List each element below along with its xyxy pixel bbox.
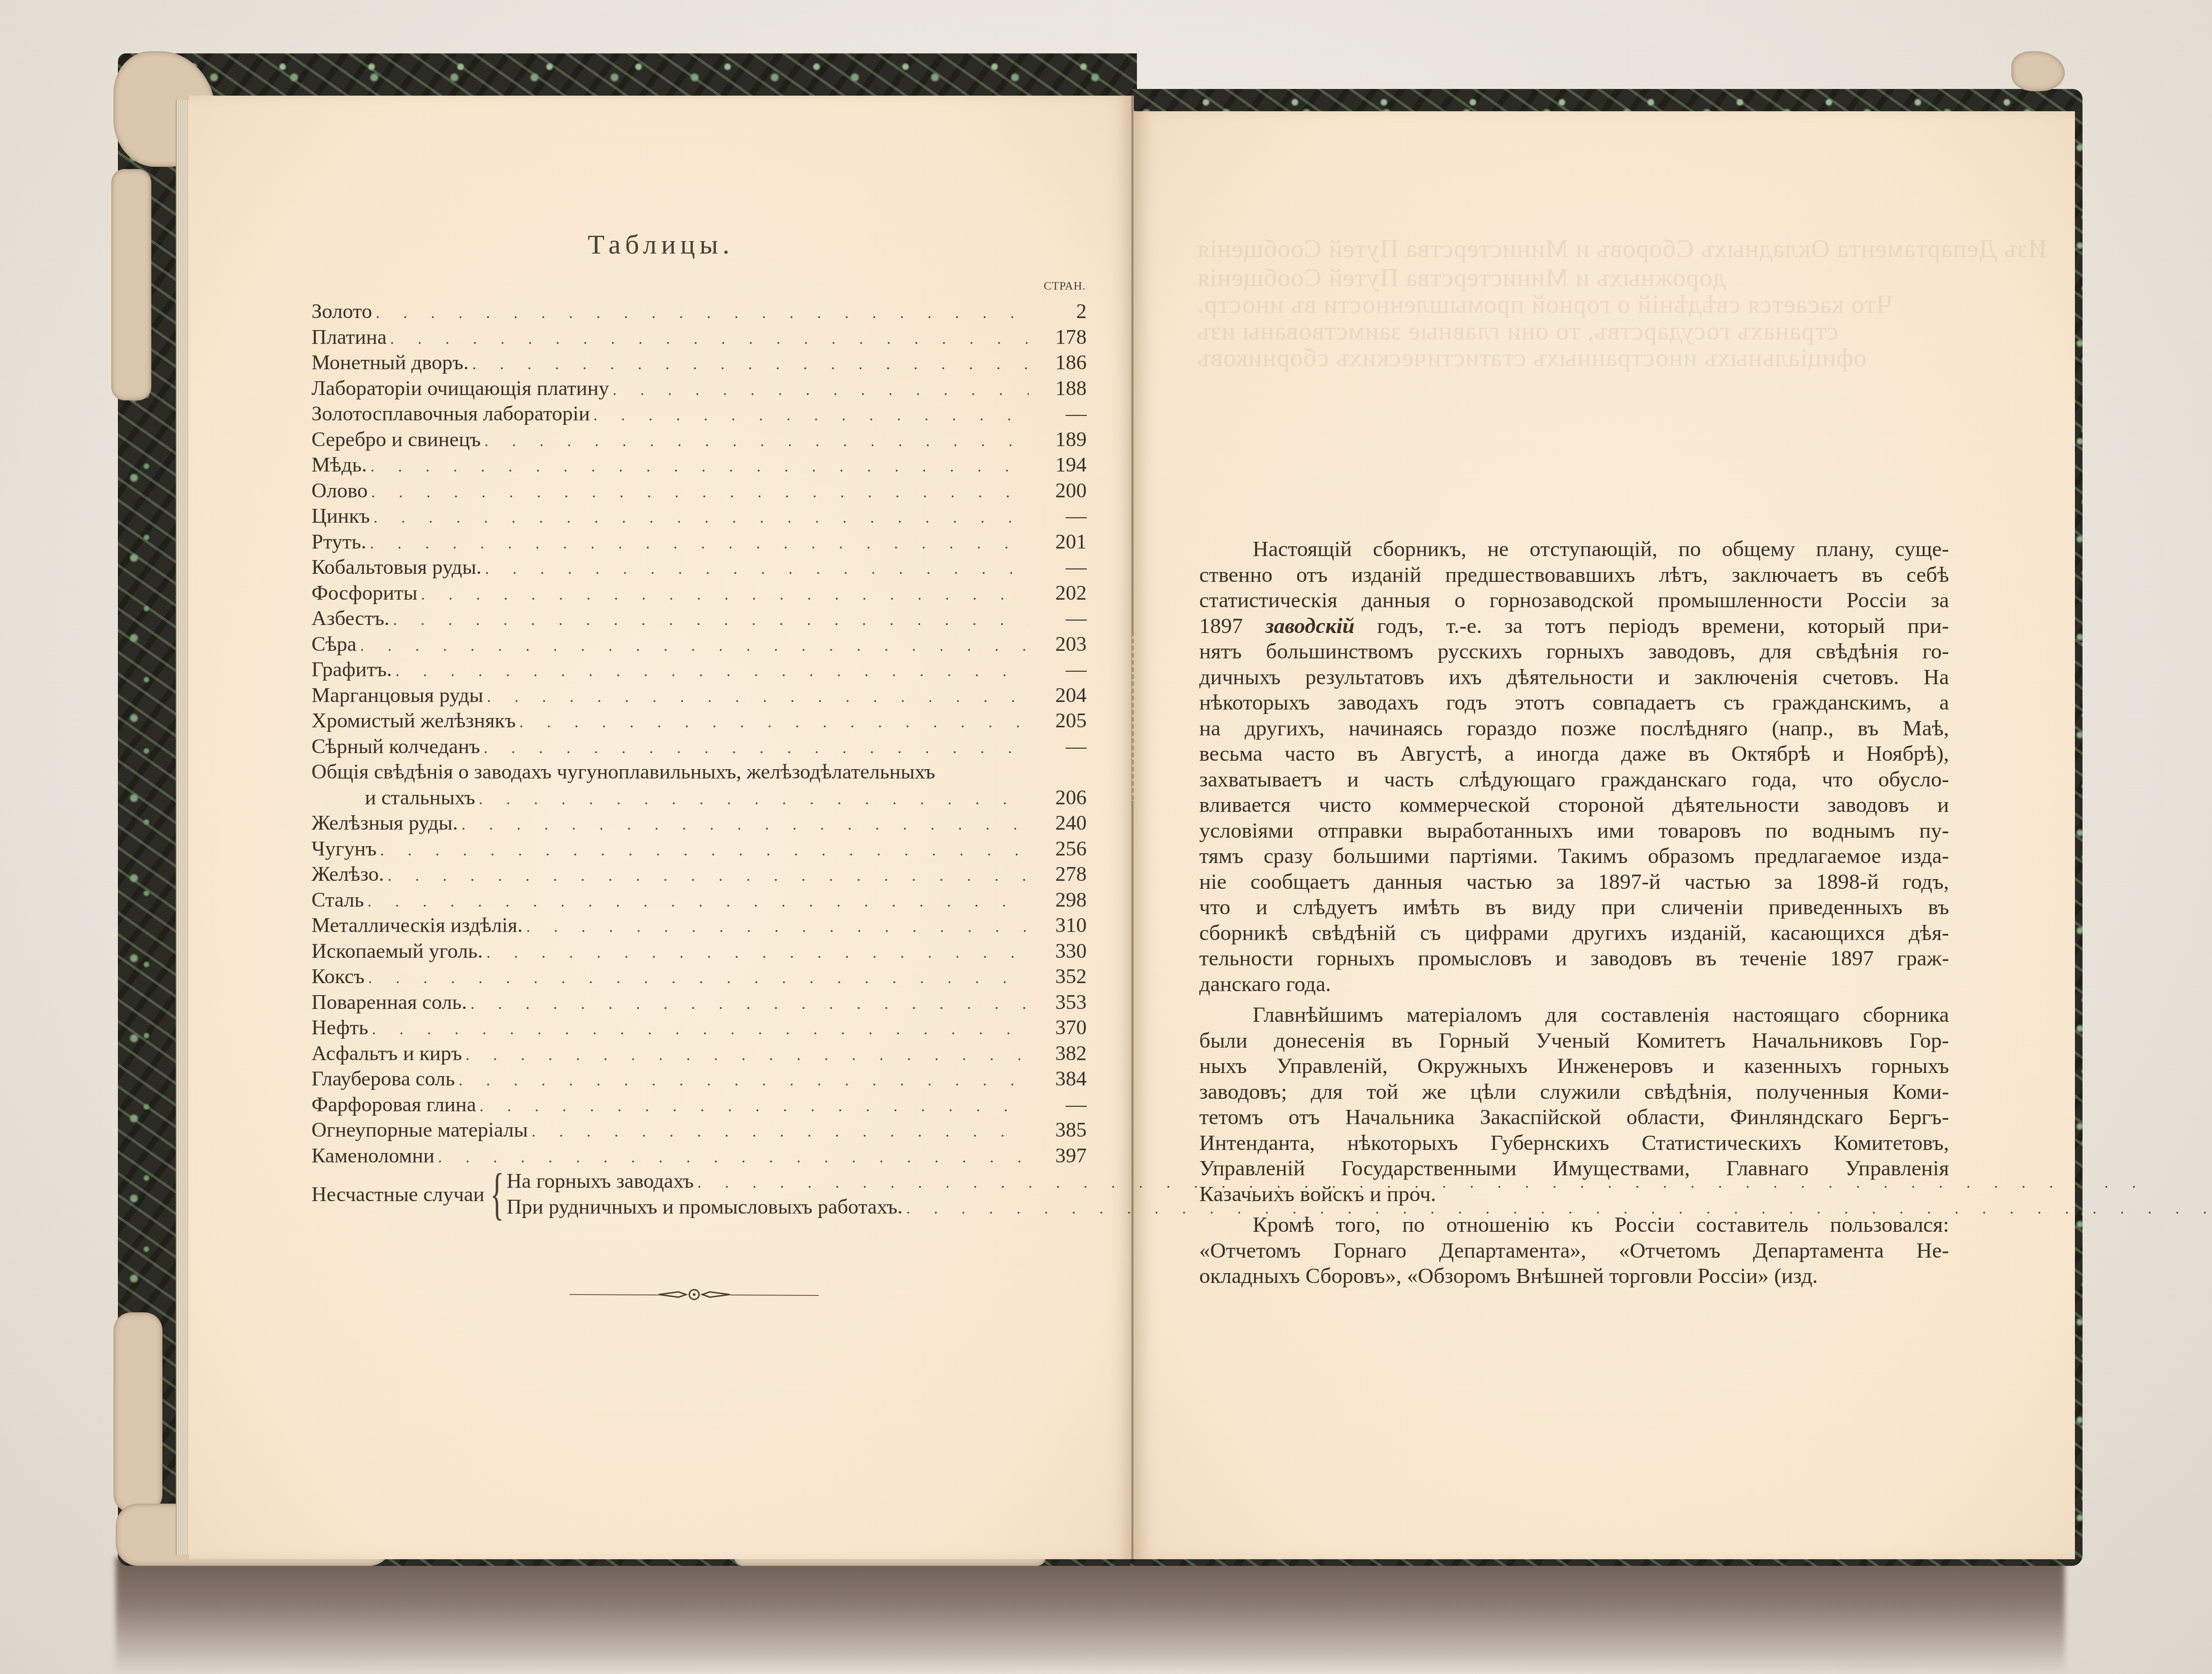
toc-entry-label: Сталь — [311, 887, 368, 913]
toc-entry[interactable]: и стальныхъ206 — [311, 785, 1087, 811]
toc-entry-label: Сѣра — [311, 632, 360, 657]
toc-entry-page: 240 — [1029, 811, 1087, 836]
text-line: условіями отправки выработанныхъ ими тов… — [1199, 818, 1949, 843]
table-of-contents: Золото2 Платина178 Монетный дворъ.186 Ла… — [311, 299, 1087, 1220]
toc-entry-page: — — [1029, 734, 1087, 760]
toc-entry-page: 384 — [1029, 1066, 1087, 1092]
book-gutter — [1131, 96, 1134, 1559]
toc-entry[interactable]: Асфальтъ и киръ382 — [311, 1041, 1087, 1067]
toc-entry-page: — — [1029, 1092, 1087, 1118]
leader-dots — [373, 505, 1029, 531]
text-line: были донесенія въ Горный Ученый Комитетъ… — [1199, 1028, 1949, 1053]
toc-entry[interactable]: Желѣзо.278 — [311, 862, 1087, 887]
leader-dots — [487, 684, 1029, 710]
bleed-through-line: дорожныхъ и Министерства Путей Сообщенія — [1197, 262, 1726, 292]
toc-entry-page: 353 — [1029, 990, 1087, 1016]
text-line: Казачьихъ войскъ и проч. — [1199, 1181, 1949, 1207]
toc-entry-page: 382 — [1029, 1041, 1087, 1067]
text-line: ныхъ Управленій, Окружныхъ Инженеровъ и … — [1199, 1053, 1949, 1079]
text-line: окладныхъ Сборовъ», «Обзоромъ Внѣшней то… — [1199, 1263, 1949, 1289]
text-line: тетомъ отъ Начальника Закаспійской облас… — [1199, 1104, 1949, 1130]
toc-entry-page: — — [1029, 401, 1087, 427]
bleed-through-line: офиціальныхъ иностранныхъ статистических… — [1197, 343, 1866, 372]
text-line: тельности горныхъ промысловъ и заводовъ … — [1199, 945, 1949, 971]
leader-dots — [461, 812, 1029, 838]
leader-dots — [371, 480, 1029, 505]
toc-entry-label: Коксъ — [311, 964, 368, 990]
toc-entry-label: Мѣдь. — [311, 452, 370, 478]
text-line: сборникѣ свѣдѣній съ цифрами другихъ изд… — [1199, 920, 1949, 946]
text-line: 1897 заводскій годъ, т.-е. за тотъ періо… — [1199, 613, 1949, 639]
toc-entry-label: Нефть — [311, 1015, 372, 1041]
toc-entry[interactable]: Золотосплавочныя лабораторіи— — [311, 401, 1087, 427]
leader-dots — [479, 787, 1029, 812]
toc-entry[interactable]: Фарфоровая глина— — [311, 1092, 1087, 1118]
toc-entry-page: 203 — [1029, 632, 1087, 657]
leader-dots — [376, 300, 1029, 326]
toc-group-label: Несчастные случаи — [311, 1182, 485, 1206]
leader-dots — [613, 377, 1029, 403]
toc-entry-page: 256 — [1029, 836, 1087, 862]
toc-entry-page: 310 — [1029, 913, 1087, 939]
toc-entry-label: Асфальтъ и киръ — [311, 1041, 465, 1067]
paragraph: Настоящій сборникъ, не отступающій, по о… — [1199, 536, 1949, 996]
toc-entry-page: 370 — [1029, 1015, 1087, 1041]
toc-entry-label: Графитъ. — [311, 657, 396, 683]
leader-dots — [472, 351, 1029, 377]
text-line: вливается чисто коммерческой стороной дѣ… — [1199, 792, 1949, 818]
toc-entry-label: и стальныхъ — [311, 785, 479, 811]
leader-dots — [486, 940, 1029, 966]
paragraph: Кромѣ того, по отношенію къ Россіи соста… — [1199, 1212, 1949, 1289]
toc-entry-label: На горныхъ заводахъ — [507, 1169, 697, 1194]
toc-entry[interactable]: Общія свѣдѣнія о заводахъ чугуноплавильн… — [311, 759, 1087, 785]
worn-edge-left — [111, 169, 151, 400]
leader-dots — [393, 607, 1029, 633]
leader-dots — [370, 531, 1029, 557]
toc-entry[interactable]: Цинкъ— — [311, 504, 1087, 529]
toc-entry-page: 397 — [1029, 1143, 1087, 1169]
text-line: нятъ большинствомъ русскихъ горныхъ заво… — [1199, 638, 1949, 664]
text-line: ніе сообщаетъ данныя частью за 1897-й ча… — [1199, 869, 1949, 895]
toc-entry-page: 278 — [1029, 862, 1087, 887]
text-line: «Отчетомъ Горнаго Департамента», «Отчето… — [1199, 1238, 1949, 1263]
page-column-header: СТРАН. — [1015, 279, 1086, 293]
text-line: захватываетъ и часть слѣдующаго гражданс… — [1199, 766, 1949, 792]
leader-dots — [526, 914, 1029, 940]
leader-dots — [484, 428, 1029, 454]
leader-dots — [484, 735, 1029, 761]
toc-entry-page: 385 — [1029, 1117, 1087, 1143]
toc-entry[interactable]: Кобальтовыя руды.— — [311, 555, 1087, 581]
toc-entry-page: 201 — [1029, 529, 1087, 555]
toc-entry-label: Желѣзо. — [311, 862, 388, 887]
toc-entry-label: Хромистый желѣзнякъ — [311, 708, 519, 734]
toc-entry-label: Фарфоровая глина — [311, 1092, 480, 1118]
toc-entry-page: 206 — [1029, 785, 1087, 811]
text-line: Управленій Государственными Имуществами,… — [1199, 1155, 1949, 1181]
toc-entry-label: Лабораторіи очищающія платину — [311, 376, 613, 402]
leader-dots — [372, 1017, 1029, 1042]
toc-entry[interactable]: Сѣра203 — [311, 632, 1087, 657]
toc-entry-page: 205 — [1029, 708, 1087, 734]
toc-entry-label: Марганцовыя руды — [311, 683, 487, 709]
toc-entry-label: Ископаемый уголь. — [311, 939, 486, 964]
toc-entry[interactable]: Серебро и свинецъ189 — [311, 427, 1087, 453]
toc-entry[interactable]: Чугунъ256 — [311, 836, 1087, 862]
toc-entry[interactable]: Графитъ.— — [311, 657, 1087, 683]
fleuron-ornament-icon — [570, 1288, 819, 1301]
leader-dots — [370, 454, 1029, 480]
toc-entry-page: 188 — [1029, 376, 1087, 402]
toc-entry[interactable]: Фосфориты202 — [311, 581, 1087, 606]
text-line: нѣкоторыхъ заводахъ годъ этотъ совпадает… — [1199, 690, 1949, 715]
toc-entry[interactable]: Металлическія издѣлія.310 — [311, 913, 1087, 939]
toc-entry[interactable]: Платина178 — [311, 325, 1087, 351]
bleed-through-line: Изъ Департамента Окладныхъ Сборовъ и Мин… — [1197, 234, 2047, 263]
leader-dots — [458, 1068, 1029, 1093]
toc-entry[interactable]: Монетный дворъ.186 — [311, 350, 1087, 376]
toc-entry-page: 186 — [1029, 350, 1087, 376]
toc-entry[interactable]: Азбестъ.— — [311, 606, 1087, 632]
leader-dots — [368, 965, 1029, 991]
leader-dots — [465, 1042, 1029, 1068]
toc-entry-page: — — [1029, 657, 1087, 683]
leader-dots — [594, 403, 1029, 428]
toc-entry-label: Общія свѣдѣнія о заводахъ чугуноплавильн… — [311, 759, 939, 785]
toc-entry[interactable]: Мѣдь.194 — [311, 452, 1087, 478]
toc-entry-label: Золото — [311, 299, 376, 325]
toc-entry-page: — — [1029, 504, 1087, 529]
toc-entry[interactable]: Коксъ352 — [311, 964, 1087, 990]
toc-entry-label: Глауберова соль — [311, 1066, 458, 1092]
toc-entry[interactable]: Поваренная соль.353 — [311, 990, 1087, 1016]
leader-dots — [360, 633, 1029, 659]
text-line: Настоящій сборникъ, не отступающій, по о… — [1199, 536, 1949, 562]
toc-entry-label: Огнеупорные матеріалы — [311, 1117, 531, 1143]
toc-entry-page: — — [1029, 555, 1087, 581]
toc-entry-label: Кобальтовыя руды. — [311, 555, 485, 581]
text-line: Главнѣйшимъ матеріаломъ для составленія … — [1199, 1002, 1949, 1028]
toc-entry-page: 189 — [1029, 427, 1087, 453]
toc-entry[interactable]: Каменоломни397 — [311, 1143, 1087, 1169]
text-line: Интенданта, нѣкоторыхъ Губернскихъ Стати… — [1199, 1130, 1949, 1156]
toc-entry[interactable]: Нефть370 — [311, 1015, 1087, 1041]
toc-entry-label: Золотосплавочныя лабораторіи — [311, 401, 594, 427]
toc-entry-label: Серебро и свинецъ — [311, 427, 484, 453]
toc-entry-page: 202 — [1029, 581, 1087, 606]
toc-entry-label: Фосфориты — [311, 581, 421, 606]
toc-entry[interactable]: Олово200 — [311, 478, 1087, 504]
toc-entry-label: Поваренная соль. — [311, 990, 470, 1016]
toc-entry[interactable]: Марганцовыя руды204 — [311, 683, 1087, 709]
book-shadow — [116, 1557, 2065, 1674]
toc-entry[interactable]: Желѣзныя руды.240 — [311, 811, 1087, 836]
toc-entry-page: 200 — [1029, 478, 1087, 504]
toc-entry-page: 178 — [1029, 325, 1087, 351]
leader-dots — [396, 658, 1029, 684]
toc-entry[interactable]: Сѣрный колчеданъ— — [311, 734, 1087, 760]
leader-dots — [438, 1145, 1029, 1170]
toc-entry-page: — — [1029, 606, 1087, 632]
page-title: Таблицы. — [189, 229, 1132, 261]
text-line: тямъ сразу большими партіями. Такимъ обр… — [1199, 843, 1949, 869]
leader-dots — [470, 991, 1029, 1017]
paragraph: Главнѣйшимъ матеріаломъ для составленія … — [1199, 1002, 1949, 1206]
text-line: что и слѣдуетъ имѣть въ виду при сличені… — [1199, 894, 1949, 920]
binding-thread — [1132, 632, 1134, 801]
toc-entry-label: Ртуть. — [311, 529, 370, 555]
toc-entry-page: 330 — [1029, 939, 1087, 964]
curly-brace-icon: { — [490, 1169, 501, 1220]
bleed-through-line: странахъ государствъ, то они главные заи… — [1197, 316, 1838, 346]
worn-edge-left-lower — [113, 1312, 162, 1513]
toc-entry-page: 352 — [1029, 964, 1087, 990]
preface-text: Настоящій сборникъ, не отступающій, по о… — [1199, 536, 1949, 1294]
toc-entry-label: Платина — [311, 325, 390, 351]
text-line: дичныхъ результатовъ ихъ дѣятельности и … — [1199, 664, 1949, 690]
toc-entry[interactable]: Золото2 — [311, 299, 1087, 325]
toc-entry[interactable]: Ископаемый уголь.330 — [311, 939, 1087, 964]
toc-entry-page: 194 — [1029, 452, 1087, 478]
toc-entry-label: Олово — [311, 478, 371, 504]
leader-dots — [480, 1093, 1029, 1119]
toc-entry-page: 204 — [1029, 683, 1087, 709]
toc-entry[interactable]: Хромистый желѣзнякъ205 — [311, 708, 1087, 734]
toc-entry[interactable]: Сталь298 — [311, 887, 1087, 913]
leader-dots — [388, 863, 1029, 889]
text-line: ственно отъ изданій предшествовавшихъ лѣ… — [1199, 562, 1949, 588]
toc-group-accidents: Несчастные случаи { На горныхъ заводахъ4… — [311, 1169, 1087, 1220]
bleed-through-line: Что касается свѣдѣній о горной промышлен… — [1197, 289, 1893, 319]
text-line: заводовъ; для той же цѣли служили свѣдѣн… — [1199, 1079, 1949, 1105]
toc-entry-label: Чугунъ — [311, 836, 380, 862]
leader-dots — [531, 1119, 1029, 1145]
leader-dots — [380, 838, 1029, 863]
toc-entry-page: 2 — [1029, 299, 1087, 325]
leader-dots — [368, 889, 1029, 915]
leader-dots — [519, 710, 1029, 735]
leader-dots — [390, 326, 1029, 352]
leader-dots — [485, 556, 1029, 582]
toc-entry-label: Цинкъ — [311, 504, 373, 529]
toc-entry-label: Монетный дворъ. — [311, 350, 472, 376]
toc-entry-label: Азбестъ. — [311, 606, 393, 632]
toc-entry-label: Сѣрный колчеданъ — [311, 734, 484, 760]
toc-entry-label: Каменоломни — [311, 1143, 438, 1169]
toc-entry-page: 298 — [1029, 887, 1087, 913]
toc-entry[interactable]: Лабораторіи очищающія платину188 — [311, 376, 1087, 402]
toc-entry[interactable]: Ртуть.201 — [311, 529, 1087, 555]
text-line: весьма часто въ Августѣ, а иногда даже в… — [1199, 741, 1949, 766]
text-line: Кромѣ того, по отношенію къ Россіи соста… — [1199, 1212, 1949, 1238]
text-line: данскаго года. — [1199, 971, 1949, 997]
toc-entry[interactable]: Глауберова соль384 — [311, 1066, 1087, 1092]
toc-entry[interactable]: Огнеупорные матеріалы385 — [311, 1117, 1087, 1143]
toc-entry-label: Металлическія издѣлія. — [311, 913, 526, 939]
leader-dots — [421, 582, 1029, 608]
text-line: статистическія данныя о горнозаводской п… — [1199, 587, 1949, 613]
text-line: на другихъ, начинаясь гораздо позже посл… — [1199, 715, 1949, 741]
toc-entry-label: При рудничныхъ и промысловыхъ работахъ. — [507, 1194, 906, 1220]
toc-entry-label: Желѣзныя руды. — [311, 811, 461, 836]
